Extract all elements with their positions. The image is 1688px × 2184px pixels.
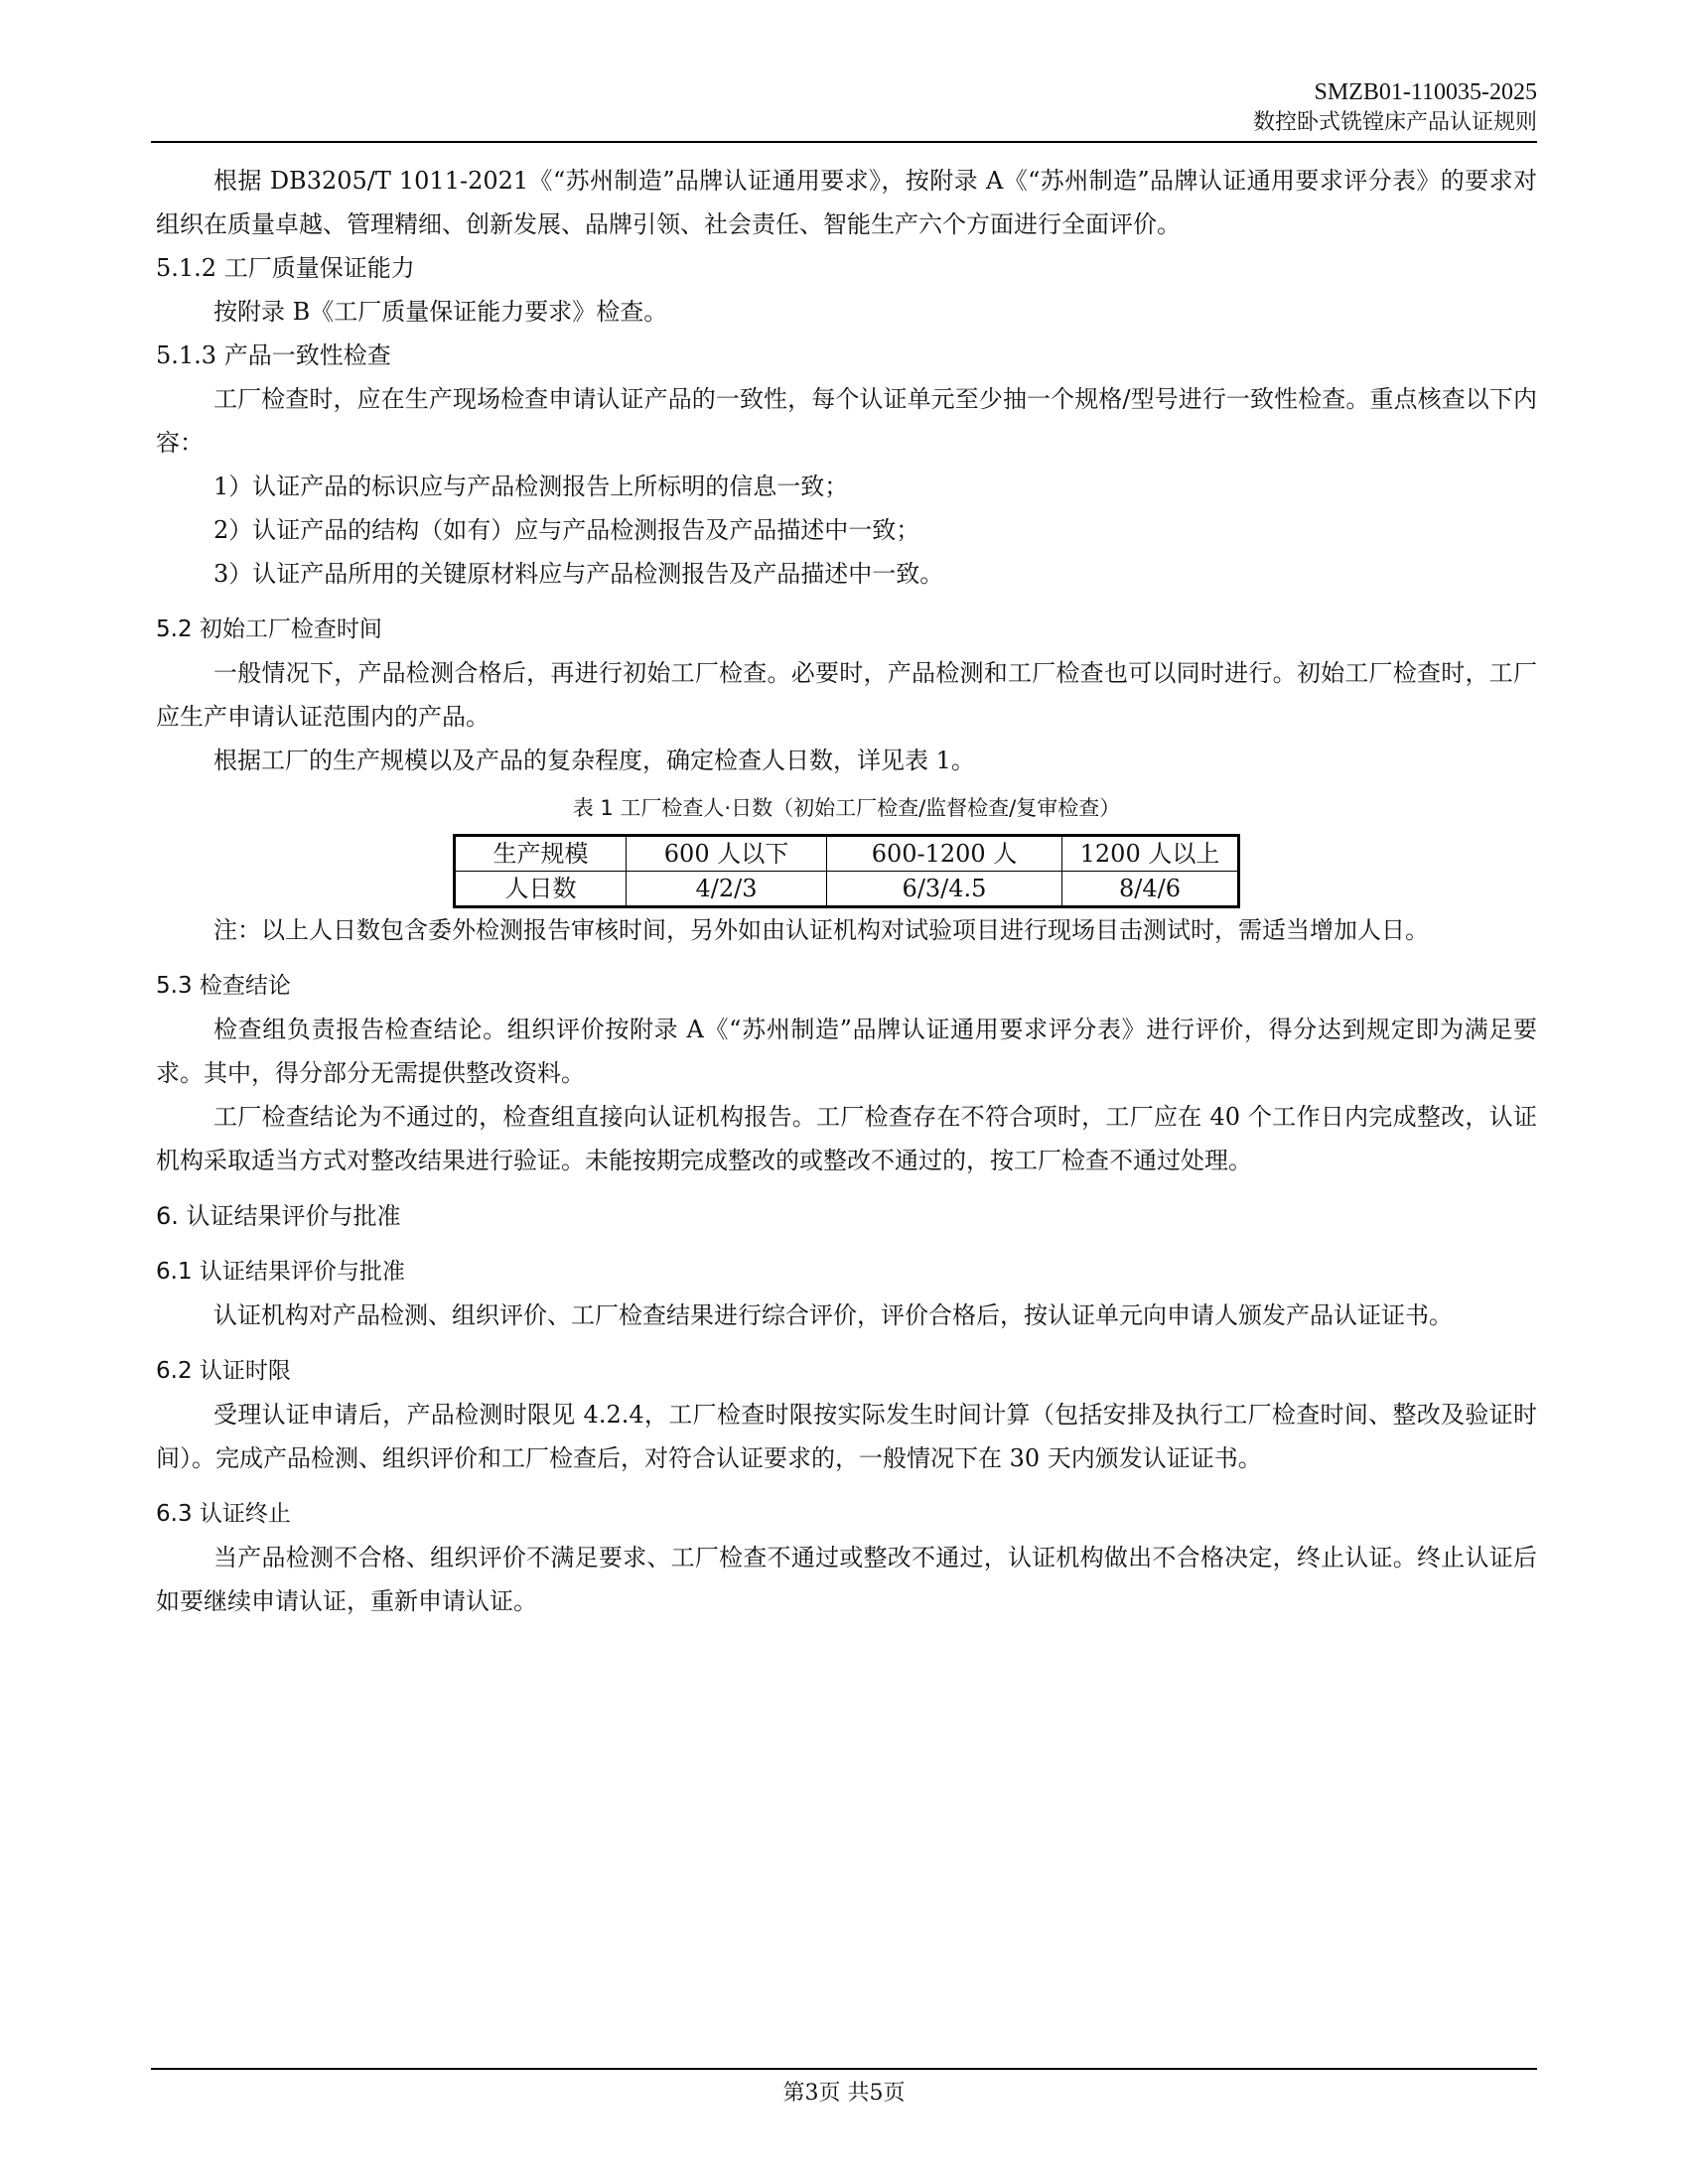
section-5-1-3-heading: 5.1.3 产品一致性检查 — [156, 334, 1537, 377]
section-6-3-heading: 6.3 认证终止 — [156, 1492, 1537, 1536]
section-6-1-heading: 6.1 认证结果评价与批准 — [156, 1250, 1537, 1294]
section-6-2-text: 受理认证申请后，产品检测时限见 4.2.4，工厂检查时限按实际发生时间计算（包括… — [156, 1393, 1537, 1480]
section-5-1-2-text: 按附录 B《工厂质量保证能力要求》检查。 — [156, 290, 1537, 334]
footer-rule — [151, 2068, 1537, 2070]
table-cell: 8/4/6 — [1062, 872, 1239, 907]
check-item: 1）认证产品的标识应与产品检测报告上所标明的信息一致； — [156, 465, 1537, 508]
table-cell: 生产规模 — [455, 836, 627, 872]
table-cell: 600 人以下 — [627, 836, 827, 872]
inspection-days-table: 生产规模 600 人以下 600-1200 人 1200 人以上 人日数 4/2… — [453, 834, 1240, 908]
section-5-2-heading: 5.2 初始工厂检查时间 — [156, 608, 1537, 651]
section-5-3-paragraph-1: 检查组负责报告检查结论。组织评价按附录 A《“苏州制造”品牌认证通用要求评分表》… — [156, 1008, 1537, 1095]
document-code: SMZB01-110035-2025 — [154, 77, 1537, 107]
section-5-2-paragraph-2: 根据工厂的生产规模以及产品的复杂程度，确定检查人日数，详见表 1。 — [156, 739, 1537, 782]
header-rule — [151, 141, 1537, 143]
table-row: 人日数 4/2/3 6/3/4.5 8/4/6 — [455, 872, 1239, 907]
section-5-1-2-heading: 5.1.2 工厂质量保证能力 — [156, 246, 1537, 290]
check-item: 2）认证产品的结构（如有）应与产品检测报告及产品描述中一致； — [156, 508, 1537, 552]
section-5-1-3-text: 工厂检查时，应在生产现场检查申请认证产品的一致性，每个认证单元至少抽一个规格/型… — [156, 377, 1537, 465]
section-5-3-heading: 5.3 检查结论 — [156, 964, 1537, 1008]
page-content: 根据 DB3205/T 1011-2021《“苏州制造”品牌认证通用要求》，按附… — [156, 159, 1537, 1623]
page-number: 第3页 共5页 — [0, 2079, 1688, 2109]
table-row: 生产规模 600 人以下 600-1200 人 1200 人以上 — [455, 836, 1239, 872]
page-header: SMZB01-110035-2025 数控卧式铣镗床产品认证规则 — [154, 77, 1537, 139]
section-6-3-text: 当产品检测不合格、组织评价不满足要求、工厂检查不通过或整改不通过，认证机构做出不… — [156, 1536, 1537, 1623]
table-cell: 600-1200 人 — [827, 836, 1062, 872]
table-cell: 6/3/4.5 — [827, 872, 1062, 907]
section-6-heading: 6. 认证结果评价与批准 — [156, 1194, 1537, 1238]
intro-paragraph: 根据 DB3205/T 1011-2021《“苏州制造”品牌认证通用要求》，按附… — [156, 159, 1537, 246]
section-5-2-paragraph-1: 一般情况下，产品检测合格后，再进行初始工厂检查。必要时，产品检测和工厂检查也可以… — [156, 651, 1537, 739]
table-note: 注：以上人日数包含委外检测报告审核时间，另外如由认证机构对试验项目进行现场目击测… — [156, 908, 1537, 952]
table-caption: 表 1 工厂检查人·日数（初始工厂检查/监督检查/复审检查） — [156, 792, 1537, 824]
table-cell: 人日数 — [455, 872, 627, 907]
table-cell: 1200 人以上 — [1062, 836, 1239, 872]
section-6-1-text: 认证机构对产品检测、组织评价、工厂检查结果进行综合评价，评价合格后，按认证单元向… — [156, 1294, 1537, 1337]
section-5-3-paragraph-2: 工厂检查结论为不通过的，检查组直接向认证机构报告。工厂检查存在不符合项时，工厂应… — [156, 1095, 1537, 1182]
table-cell: 4/2/3 — [627, 872, 827, 907]
section-6-2-heading: 6.2 认证时限 — [156, 1349, 1537, 1393]
document-title: 数控卧式铣镗床产品认证规则 — [154, 107, 1537, 139]
check-item: 3）认证产品所用的关键原材料应与产品检测报告及产品描述中一致。 — [156, 552, 1537, 596]
